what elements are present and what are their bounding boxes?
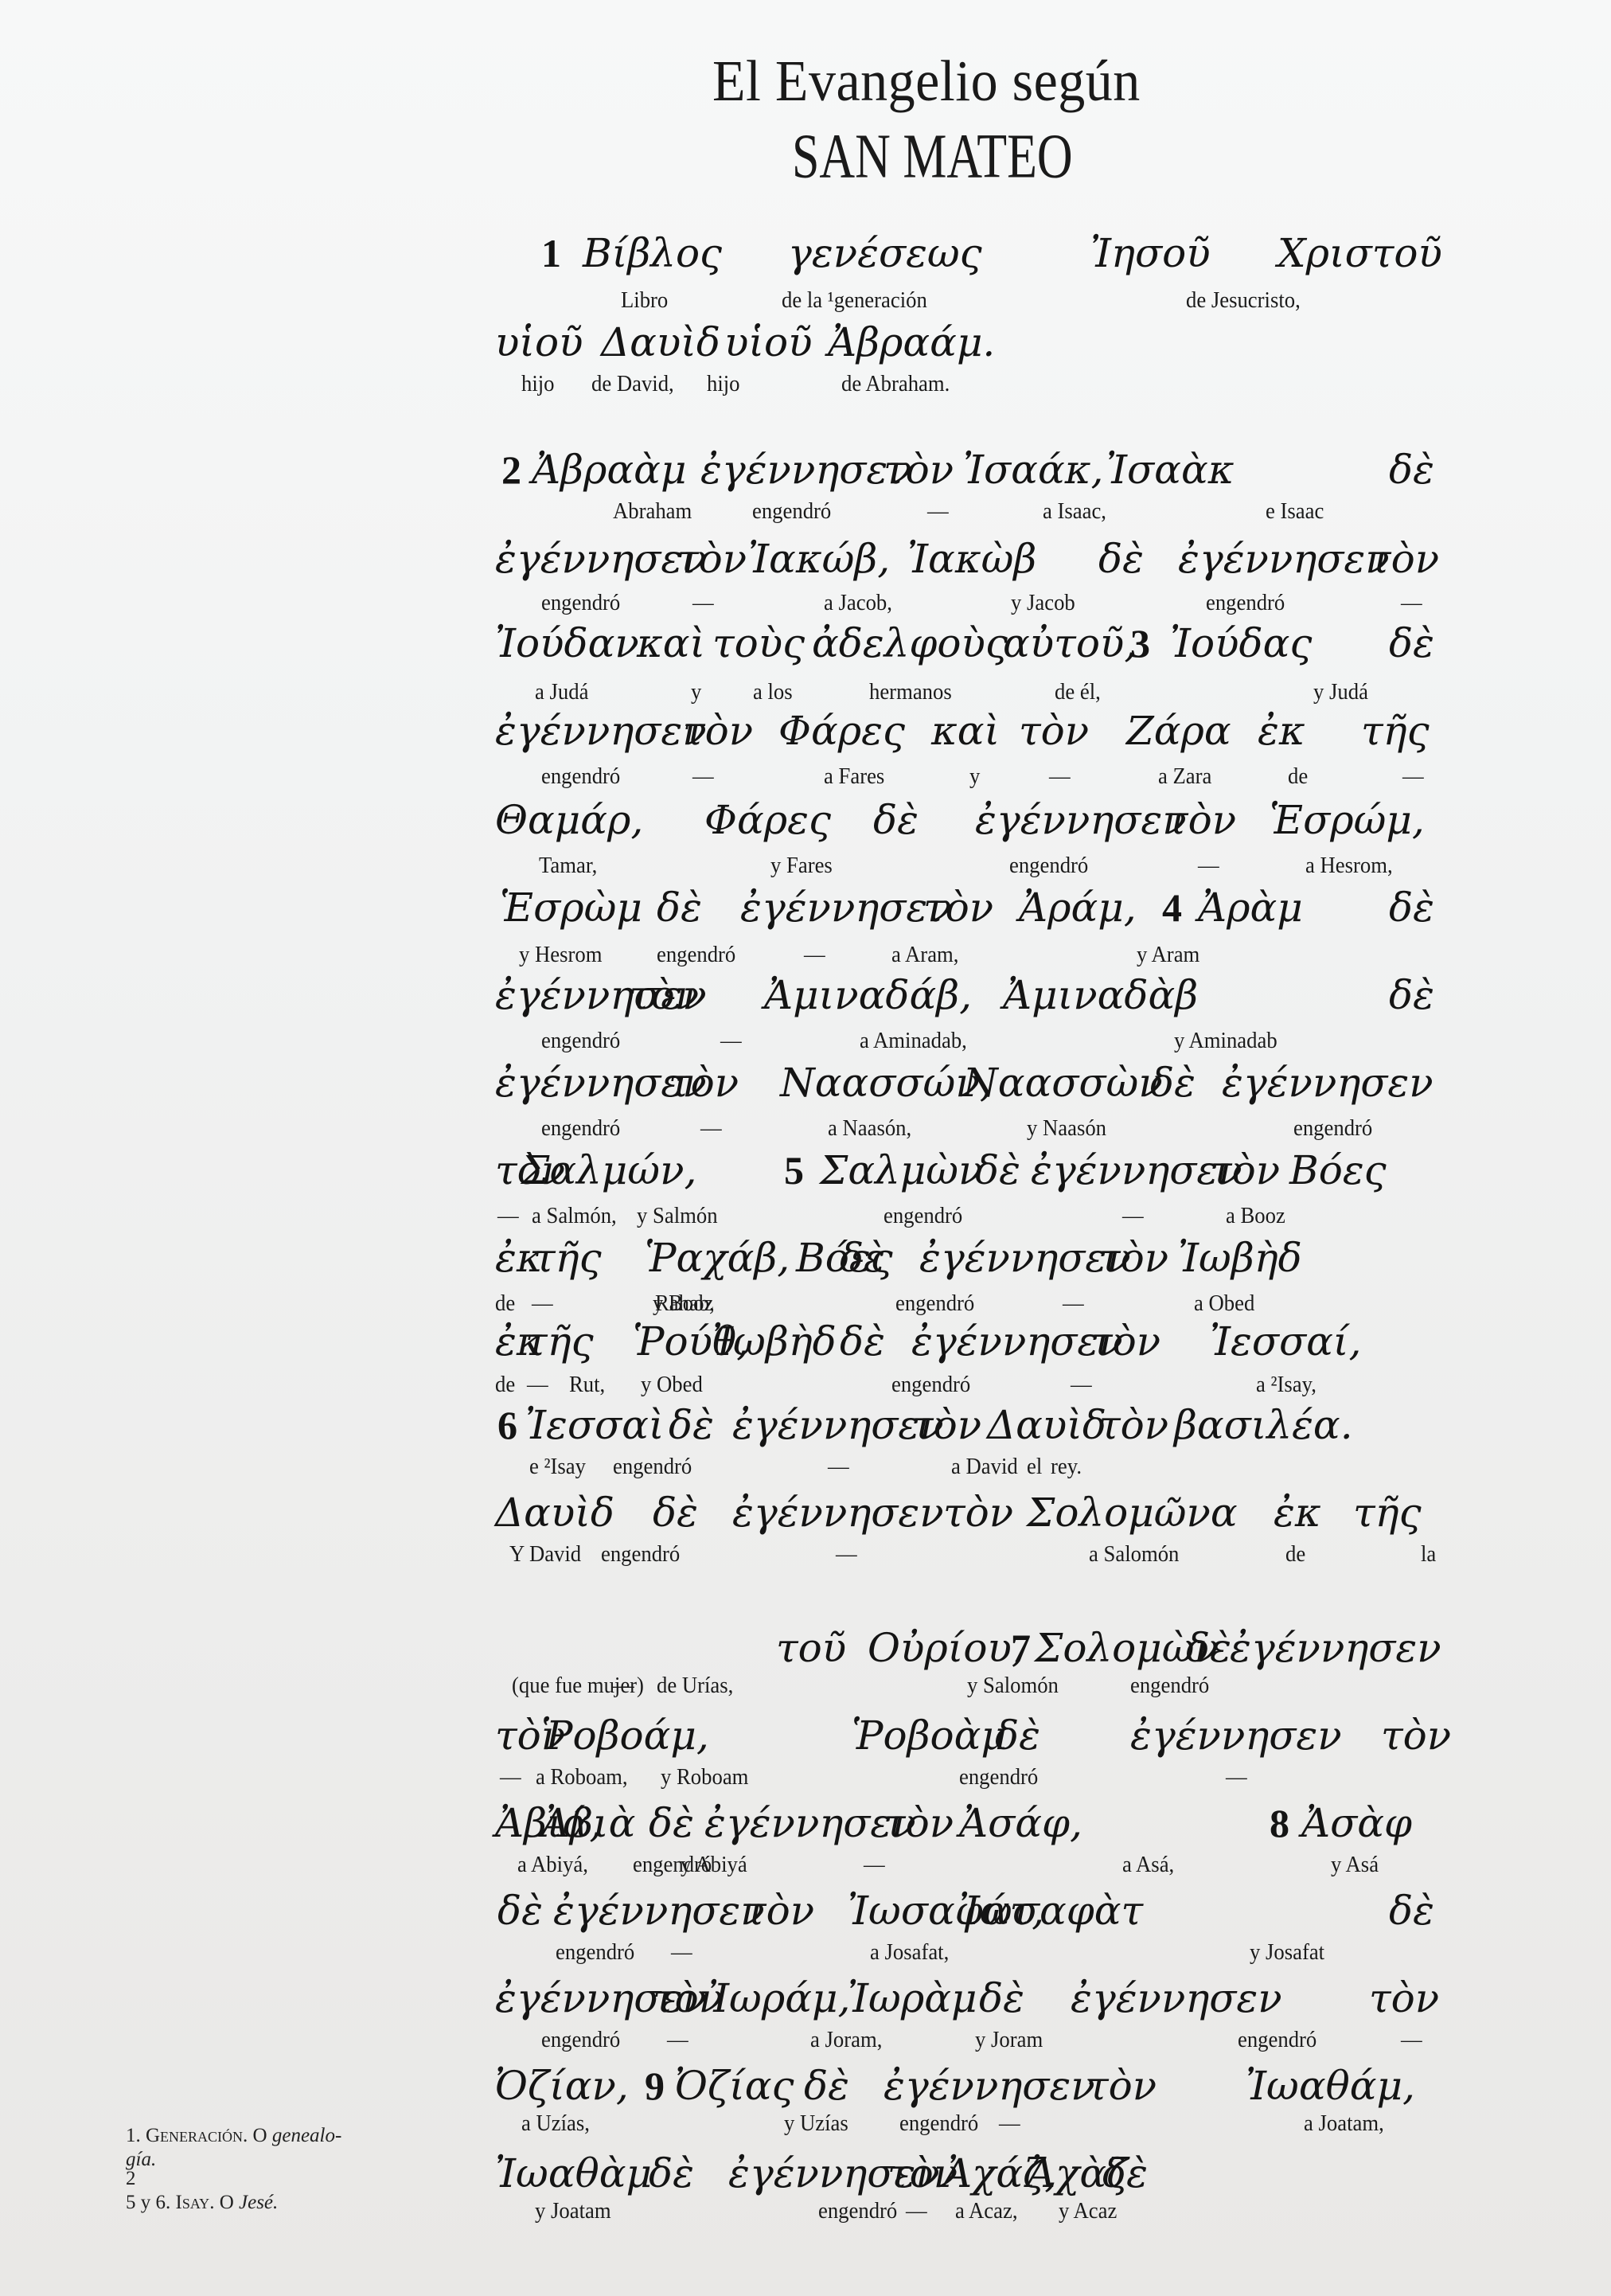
spanish-gloss: engendró — [884, 1202, 962, 1229]
greek-word: Φάρες — [704, 796, 831, 844]
spanish-gloss: — — [1401, 589, 1422, 616]
spanish-gloss: a Joatam, — [1304, 2110, 1384, 2137]
verse-number: 3 — [1130, 619, 1150, 667]
spanish-gloss: a Josafat, — [870, 1939, 949, 1966]
greek-word: Ἰεσσαὶ — [525, 1401, 665, 1449]
greek-word: καὶ — [637, 619, 705, 667]
spanish-gloss: engendró — [541, 1027, 620, 1054]
spanish-gloss: — — [500, 1763, 521, 1790]
greek-word: Ἑσρὼμ — [500, 884, 642, 931]
spanish-gloss: — — [497, 1202, 519, 1229]
spanish-gloss: — — [1063, 1290, 1084, 1317]
verse-number: 8 — [1270, 1799, 1289, 1847]
spanish-gloss: a Obed — [1194, 1290, 1254, 1317]
greek-word: Ἰακὼβ — [907, 535, 1036, 583]
greek-word: ἐκ — [1258, 707, 1305, 755]
spanish-gloss: — — [1049, 763, 1071, 790]
footnote-term: Generación — [141, 2125, 243, 2146]
verse-number: 4 — [1162, 884, 1182, 931]
greek-word: Οὐρίου, — [868, 1624, 1024, 1672]
verse-number: 1 — [541, 229, 561, 277]
spanish-gloss: a Judá — [535, 678, 588, 705]
greek-word: ἀδελφοὺς — [812, 619, 1008, 667]
greek-word: ἐγέννησεν — [700, 446, 912, 494]
greek-word: Δαυὶδ — [987, 1401, 1106, 1449]
greek-word: βασιλέα. — [1174, 1401, 1353, 1449]
greek-word: Ἑσρώμ, — [1270, 796, 1425, 844]
spanish-gloss: — — [804, 941, 825, 968]
spanish-gloss: engendró — [1206, 589, 1285, 616]
spanish-gloss: la — [1421, 1540, 1436, 1568]
spanish-gloss: de Urías, — [657, 1672, 733, 1699]
spanish-gloss: a Booz — [1226, 1202, 1285, 1229]
spanish-gloss: — — [828, 1453, 849, 1480]
spanish-gloss: — — [671, 1939, 692, 1966]
greek-word: δὲ — [1389, 446, 1434, 494]
greek-word: Βόες — [1289, 1146, 1387, 1194]
greek-word: Ναασσών, — [780, 1059, 993, 1107]
greek-word: δὲ — [1098, 535, 1144, 583]
page-title: El Evangelio según — [712, 46, 1141, 115]
greek-word: δὲ — [1150, 1059, 1196, 1107]
greek-word: Σαλμὼν — [820, 1146, 982, 1194]
spanish-gloss: y Jacob — [1011, 589, 1075, 616]
greek-word: Ἀρὰμ — [1198, 884, 1303, 931]
greek-word: Ἰούδας — [1170, 619, 1312, 667]
spanish-gloss: engendró — [895, 1290, 974, 1317]
greek-word: τὸν — [629, 971, 699, 1019]
greek-word: δὲ — [653, 1489, 698, 1537]
greek-word: τὸν — [1090, 1318, 1160, 1365]
greek-word: Ἰακώβ, — [748, 535, 890, 583]
spanish-gloss: — — [613, 1672, 634, 1699]
greek-word: Ἰωρὰμ — [848, 1974, 977, 2022]
greek-word: Ἀβραάμ. — [828, 318, 995, 366]
footnote-num: 5 y 6. — [126, 2192, 170, 2213]
greek-word: τῆς — [533, 1234, 602, 1282]
spanish-gloss: a ²Isay, — [1256, 1371, 1316, 1398]
greek-word: ἐγέννησεν — [1130, 1712, 1342, 1759]
verse-number: 9 — [645, 2062, 665, 2110]
greek-word: Ἀράμ, — [1019, 884, 1137, 931]
verse-number: 6 — [497, 1401, 517, 1449]
greek-word: τὸν — [911, 1401, 981, 1449]
greek-word: Ἀμιναδάβ, — [764, 971, 972, 1019]
spanish-gloss: a Salmón, — [532, 1202, 617, 1229]
spanish-gloss: — — [692, 763, 714, 790]
spanish-gloss: a Fares — [824, 763, 884, 790]
spanish-gloss: — — [927, 498, 949, 525]
spanish-gloss: y Joram — [975, 2026, 1043, 2053]
spanish-gloss: de — [495, 1290, 515, 1317]
spanish-gloss: a Roboam, — [536, 1763, 628, 1790]
spanish-gloss: de él, — [1055, 678, 1101, 705]
greek-word: δὲ — [1389, 971, 1434, 1019]
spanish-gloss: — — [667, 2026, 688, 2053]
spanish-gloss: engendró — [1293, 1115, 1372, 1142]
spanish-gloss: engendró — [891, 1371, 970, 1398]
greek-word: Δαυὶδ — [495, 1489, 614, 1537]
spanish-gloss: el — [1027, 1453, 1042, 1480]
spanish-gloss: y Aminadab — [1174, 1027, 1277, 1054]
greek-word: δὲ — [649, 2150, 694, 2197]
greek-word: Ζάρα — [1126, 707, 1231, 755]
spanish-gloss: y — [691, 678, 701, 705]
greek-word: τὸν — [1369, 1974, 1439, 2022]
greek-word: τὸν — [1019, 707, 1089, 755]
greek-word: ἐγέννησεν — [884, 2062, 1095, 2110]
greek-word: Σολομῶνα — [1027, 1489, 1238, 1537]
greek-word: Ἰωράμ, — [708, 1974, 850, 2022]
greek-word: τῆς — [525, 1318, 594, 1365]
spanish-gloss: y Salomón — [967, 1672, 1059, 1699]
greek-word: Ὀζίας — [675, 2062, 794, 2110]
greek-word: Ῥοβοὰμ — [852, 1712, 1007, 1759]
spanish-gloss: a Zara — [1158, 763, 1211, 790]
greek-word: ἐγέννησεν — [1071, 1974, 1282, 2022]
greek-word: Χριστοῦ — [1277, 229, 1442, 277]
spanish-gloss: e Isaac — [1266, 498, 1324, 525]
greek-word: τὸν — [1381, 1712, 1451, 1759]
spanish-gloss: engendró — [633, 1851, 712, 1878]
greek-word: ἐγέννησεν — [1222, 1059, 1434, 1107]
spanish-gloss: y Josafat — [1250, 1939, 1324, 1966]
greek-word: δὲ — [497, 1887, 543, 1935]
spanish-gloss: Y David — [509, 1540, 581, 1568]
greek-word: τὸν — [1098, 1401, 1168, 1449]
greek-word: ἐκ — [1274, 1489, 1321, 1537]
spanish-gloss: hijo — [521, 370, 555, 397]
spanish-gloss: y Acaz — [1059, 2197, 1117, 2224]
spanish-gloss: — — [906, 2197, 927, 2224]
footnote-num: 1. — [126, 2125, 141, 2146]
spanish-gloss: engendró — [657, 941, 735, 968]
spanish-gloss: de David, — [591, 370, 674, 397]
footnote: 5 y 6. Isay. O Jesé. — [126, 2191, 278, 2215]
spanish-gloss: y Fares — [770, 852, 833, 879]
footnote: 1. Generación. O genealo- — [126, 2124, 341, 2148]
footnote-alt: Jesé. — [239, 2192, 278, 2213]
footnote-alt: genealo- — [272, 2125, 341, 2146]
greek-word: δὲ — [1389, 619, 1434, 667]
spanish-gloss: engendró — [556, 1939, 634, 1966]
greek-word: Βίβλος — [583, 229, 722, 277]
greek-word: Ἀσάφ, — [959, 1799, 1082, 1847]
spanish-gloss: engendró — [541, 1115, 620, 1142]
verse-number: 7 — [1011, 1624, 1031, 1672]
spanish-gloss: engendró — [541, 763, 620, 790]
spanish-gloss: a los — [753, 678, 793, 705]
greek-word: Ῥοβοάμ, — [541, 1712, 709, 1759]
spanish-gloss: hijo — [707, 370, 740, 397]
greek-word: ἐγέννησεν — [1230, 1624, 1441, 1672]
spanish-gloss: engendró — [601, 1540, 680, 1568]
spanish-gloss: rey. — [1051, 1453, 1082, 1480]
spanish-gloss: y Uzías — [784, 2110, 848, 2137]
spanish-gloss: e ²Isay — [529, 1453, 586, 1480]
spanish-gloss: — — [720, 1027, 742, 1054]
spanish-gloss: engendró — [541, 2026, 620, 2053]
greek-word: Ἰωαθάμ, — [1246, 2062, 1415, 2110]
greek-word: τὸν — [677, 535, 747, 583]
greek-word: δὲ — [669, 1401, 714, 1449]
spanish-gloss: engendró — [541, 589, 620, 616]
spanish-gloss: Rut, — [569, 1371, 605, 1398]
spanish-gloss: — — [1122, 1202, 1144, 1229]
greek-word: ἐγέννησεν — [975, 796, 1187, 844]
greek-word: τοῦ — [776, 1624, 846, 1672]
greek-word: δὲ — [975, 1146, 1020, 1194]
greek-word: Ἀμιναδὰβ — [1003, 971, 1198, 1019]
spanish-gloss: de — [1285, 1540, 1305, 1568]
greek-word: δὲ — [979, 1974, 1024, 2022]
greek-word: δὲ — [995, 1712, 1040, 1759]
spanish-gloss: a Acaz, — [955, 2197, 1018, 2224]
spanish-gloss: a Aminadab, — [860, 1027, 967, 1054]
spanish-gloss: de — [1288, 763, 1308, 790]
footnote: 2 — [126, 2167, 136, 2191]
spanish-gloss: — — [700, 1115, 722, 1142]
spanish-gloss: — — [1226, 1763, 1247, 1790]
spanish-gloss: a Uzías, — [521, 2110, 590, 2137]
spanish-gloss: hermanos — [869, 678, 952, 705]
spanish-gloss: y Naasón — [1027, 1115, 1106, 1142]
greek-word: ἐγέννησεν — [495, 707, 707, 755]
spanish-gloss: — — [1401, 2026, 1422, 2053]
spanish-gloss: Abraham — [613, 498, 692, 525]
greek-word: τῆς — [1353, 1489, 1422, 1537]
spanish-gloss: engendró — [1009, 852, 1088, 879]
spanish-gloss: Libro — [621, 287, 668, 314]
greek-word: καὶ — [931, 707, 1000, 755]
greek-word: τὸν — [1210, 1146, 1280, 1194]
greek-word: Ῥαχάβ, — [645, 1234, 790, 1282]
greek-word: ἐγέννησεν — [1178, 535, 1390, 583]
greek-word: υἱοῦ — [724, 318, 813, 366]
greek-word: Σαλμών, — [521, 1146, 696, 1194]
spanish-gloss: y Hesrom — [519, 941, 602, 968]
spanish-gloss: y Salmón — [637, 1202, 718, 1229]
greek-word: τὸν — [884, 446, 954, 494]
greek-word: δὲ — [840, 1318, 885, 1365]
spanish-gloss: — — [1198, 852, 1219, 879]
spanish-gloss: a Jacob, — [824, 589, 892, 616]
verse-number: 2 — [501, 446, 521, 494]
spanish-gloss: Tamar, — [539, 852, 597, 879]
spanish-gloss: de la ¹generación — [782, 287, 927, 314]
spanish-gloss: engendró — [899, 2110, 978, 2137]
greek-word: τὸν — [744, 1887, 814, 1935]
spanish-gloss: de Abraham. — [841, 370, 950, 397]
greek-word: τὸν — [1098, 1234, 1168, 1282]
greek-word: τῆς — [1361, 707, 1430, 755]
greek-word: Ἰωαθὰμ — [495, 2150, 652, 2197]
spanish-gloss: a Naasón, — [828, 1115, 911, 1142]
spanish-gloss: a Hesrom, — [1305, 852, 1393, 879]
greek-word: γενέσεως — [788, 229, 982, 277]
greek-word: αὐτοῦ, — [1003, 619, 1137, 667]
greek-word: τὸν — [1086, 2062, 1157, 2110]
greek-word: ἐγέννησεν — [553, 1887, 765, 1935]
spanish-gloss: — — [836, 1540, 857, 1568]
spanish-gloss: a Abiyá, — [517, 1851, 588, 1878]
spanish-gloss: — — [864, 1851, 885, 1878]
greek-word: τοὺς — [712, 619, 805, 667]
spanish-gloss: a Asá, — [1122, 1851, 1174, 1878]
bible-page: El Evangelio según SAN MATEO 1Βίβλοςγενέ… — [0, 0, 1611, 2296]
greek-word: Ἀσὰφ — [1301, 1799, 1412, 1847]
greek-word: δὲ — [1186, 1624, 1231, 1672]
book-title: SAN MATEO — [792, 119, 1073, 193]
spanish-gloss: engendró — [613, 1453, 692, 1480]
spanish-gloss: engendró — [818, 2197, 897, 2224]
greek-word: Θαμάρ, — [495, 796, 643, 844]
greek-word: ἐγέννησεν — [732, 1489, 944, 1537]
greek-word: δὲ — [1389, 1887, 1434, 1935]
spanish-gloss: y Roboam — [661, 1763, 748, 1790]
footnote-sep: . O — [243, 2125, 272, 2146]
verse-number: 5 — [784, 1146, 804, 1194]
greek-word: Ἀβραὰμ — [532, 446, 686, 494]
spanish-gloss: — — [1402, 763, 1424, 790]
spanish-gloss: de — [495, 1371, 515, 1398]
spanish-gloss: de Jesucristo, — [1186, 287, 1301, 314]
spanish-gloss: engendró — [752, 498, 831, 525]
footnote-sep: . O — [209, 2192, 239, 2213]
greek-word: Ἰούδαν — [495, 619, 639, 667]
spanish-gloss: a Aram, — [891, 941, 958, 968]
greek-word: Ἰησοῦ — [1090, 229, 1211, 277]
greek-word: δὲ — [873, 796, 919, 844]
greek-word: δὲ — [657, 884, 702, 931]
spanish-gloss: y Booz — [653, 1290, 713, 1317]
greek-word: Ἰωβὴδ — [1178, 1234, 1302, 1282]
greek-word: δὲ — [840, 1234, 885, 1282]
greek-word: Ἰωβὴδ — [712, 1318, 837, 1365]
spanish-gloss: engendró — [959, 1763, 1038, 1790]
greek-word: Ἰωσαφὰτ — [959, 1887, 1143, 1935]
footnote-num: 2 — [126, 2168, 136, 2189]
spanish-gloss: — — [532, 1290, 553, 1317]
spanish-gloss: — — [692, 589, 714, 616]
greek-word: υἱοῦ — [495, 318, 583, 366]
greek-word: τὸν — [884, 1799, 954, 1847]
greek-word: Δαυὶδ — [601, 318, 720, 366]
spanish-gloss: y Asá — [1331, 1851, 1379, 1878]
spanish-gloss: a David — [951, 1453, 1018, 1480]
greek-word: δὲ — [804, 2062, 849, 2110]
spanish-gloss: y Aram — [1137, 941, 1199, 968]
greek-word: τὸν — [1369, 535, 1439, 583]
spanish-gloss: y Obed — [641, 1371, 703, 1398]
spanish-gloss: — — [527, 1371, 548, 1398]
spanish-gloss: — — [999, 2110, 1020, 2137]
spanish-gloss: a Isaac, — [1043, 498, 1106, 525]
spanish-gloss: y — [969, 763, 980, 790]
greek-word: ἐγέννησεν — [740, 884, 952, 931]
spanish-gloss: — — [1071, 1371, 1092, 1398]
greek-word: Ἰσαὰκ — [1106, 446, 1235, 494]
greek-word: Ἰεσσαί, — [1210, 1318, 1361, 1365]
greek-word: τὸν — [669, 1059, 739, 1107]
greek-word: Ἀβιὰ — [541, 1799, 635, 1847]
greek-word: Ἰσαάκ, — [963, 446, 1103, 494]
greek-word: δὲ — [1102, 2150, 1148, 2197]
footnote-term: Isay — [170, 2192, 209, 2213]
greek-word: Ναασσὼν — [963, 1059, 1163, 1107]
greek-word: δὲ — [649, 1799, 694, 1847]
spanish-gloss: engendró — [1238, 2026, 1316, 2053]
spanish-gloss: y Judá — [1313, 678, 1368, 705]
greek-word: δὲ — [1389, 884, 1434, 931]
greek-word: τὸν — [923, 884, 993, 931]
greek-word: ἐγέννησεν — [495, 535, 707, 583]
greek-word: Φάρες — [778, 707, 905, 755]
spanish-gloss: a Salomón — [1089, 1540, 1179, 1568]
greek-word: τὸν — [683, 707, 753, 755]
spanish-gloss: y Joatam — [535, 2197, 611, 2224]
spanish-gloss: a Joram, — [810, 2026, 882, 2053]
greek-word: Ὀζίαν, — [495, 2062, 629, 2110]
spanish-gloss: engendró — [1130, 1672, 1209, 1699]
greek-word: τὸν — [1166, 796, 1236, 844]
greek-word: τὸν — [943, 1489, 1013, 1537]
